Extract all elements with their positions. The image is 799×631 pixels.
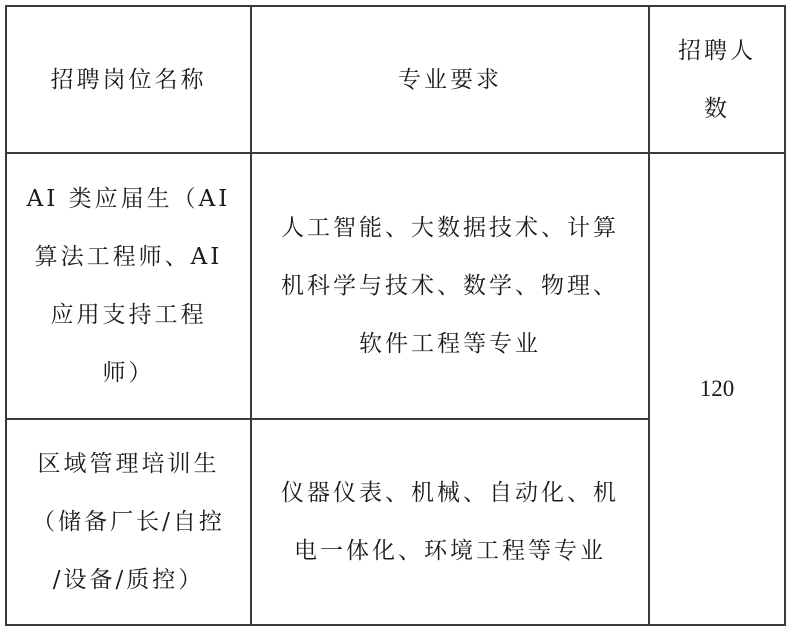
header-headcount: 招聘人 数 (650, 7, 784, 152)
row-1-major-requirement-text: 人工智能、大数据技术、计算 机科学与技术、数学、物理、 软件工程等专业 (281, 199, 619, 373)
row-1-major-requirement: 人工智能、大数据技术、计算 机科学与技术、数学、物理、 软件工程等专业 (252, 154, 648, 418)
row-2-position-text: 区域管理培训生 （储备厂长/自控 /设备/质控） (32, 435, 225, 609)
header-major-requirement: 专业要求 (252, 7, 648, 152)
header-headcount-label: 招聘人 数 (678, 22, 756, 138)
row-1-position: AI 类应届生（AI 算法工程师、AI 应用支持工程 师） (7, 154, 250, 418)
row-2-major-requirement: 仪器仪表、机械、自动化、机 电一体化、环境工程等专业 (252, 420, 648, 624)
row-1-position-text: AI 类应届生（AI 算法工程师、AI 应用支持工程 师） (27, 170, 231, 402)
row-2-position: 区域管理培训生 （储备厂长/自控 /设备/质控） (7, 420, 250, 624)
headcount-merged-cell: 120 (650, 154, 784, 624)
recruitment-table: 招聘岗位名称 专业要求 招聘人 数 AI 类应届生（AI 算法工程师、AI 应用… (5, 5, 785, 625)
table-border-right (784, 5, 786, 626)
headcount-value: 120 (700, 360, 735, 418)
header-position-name: 招聘岗位名称 (7, 7, 250, 152)
table-border-bottom (5, 624, 786, 626)
row-2-major-requirement-text: 仪器仪表、机械、自动化、机 电一体化、环境工程等专业 (281, 464, 619, 580)
header-position-name-label: 招聘岗位名称 (51, 51, 207, 109)
header-major-requirement-label: 专业要求 (398, 51, 502, 109)
